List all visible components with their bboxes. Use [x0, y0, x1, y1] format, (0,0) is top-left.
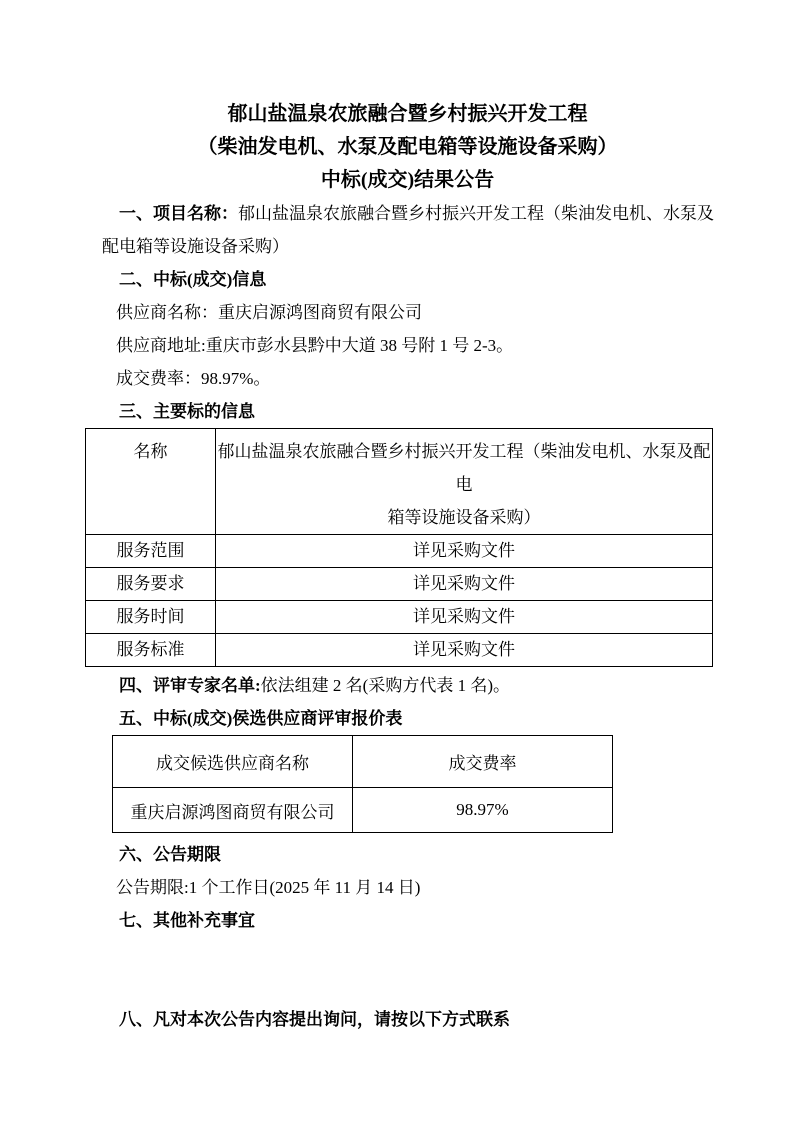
- announcement-period-line: 公告期限:1 个工作日(2025 年 11 月 14 日): [102, 871, 713, 904]
- main-table-value-name-line1: 郁山盐温泉农旅融合暨乡村振兴开发工程（柴油发电机、水泵及配电: [216, 435, 712, 501]
- main-table-label-time: 服务时间: [86, 601, 216, 634]
- main-table-value-name-line2: 箱等设施设备采购）: [216, 501, 712, 534]
- section-1-heading: 一、项目名称：: [119, 204, 238, 223]
- table-row: 名称 郁山盐温泉农旅融合暨乡村振兴开发工程（柴油发电机、水泵及配电 箱等设施设备…: [86, 429, 713, 535]
- section-6-heading: 六、公告期限: [102, 838, 713, 871]
- main-table-value-name: 郁山盐温泉农旅融合暨乡村振兴开发工程（柴油发电机、水泵及配电 箱等设施设备采购）: [216, 429, 713, 535]
- quote-table-header-supplier: 成交候选供应商名称: [113, 736, 353, 788]
- table-header-row: 成交候选供应商名称 成交费率: [113, 736, 613, 788]
- spacer: [102, 937, 713, 1003]
- section-2-heading: 二、中标(成交)信息: [102, 263, 713, 296]
- section-7-heading: 七、其他补充事宜: [102, 904, 713, 937]
- quote-table-header-rate: 成交费率: [353, 736, 613, 788]
- table-row: 服务范围 详见采购文件: [86, 535, 713, 568]
- table-row: 服务标准 详见采购文件: [86, 634, 713, 667]
- section-3-heading: 三、主要标的信息: [102, 395, 713, 428]
- doc-title-line-1: 郁山盐温泉农旅融合暨乡村振兴开发工程: [102, 98, 713, 131]
- document-page: 郁山盐温泉农旅融合暨乡村振兴开发工程 （柴油发电机、水泵及配电箱等设施设备采购）…: [0, 0, 793, 1122]
- section-4-body: 依法组建 2 名(采购方代表 1 名)。: [261, 676, 510, 695]
- main-table-value-standard: 详见采购文件: [216, 634, 713, 667]
- table-row: 服务时间 详见采购文件: [86, 601, 713, 634]
- section-8-heading: 八、凡对本次公告内容提出询问，请按以下方式联系: [102, 1003, 713, 1036]
- quote-table-rate: 98.97%: [353, 788, 613, 833]
- section-1-project-name-part2: 配电箱等设施设备采购）: [102, 230, 713, 263]
- doc-title-line-2: （柴油发电机、水泵及配电箱等设施设备采购）: [102, 131, 713, 164]
- section-5-heading: 五、中标(成交)侯选供应商评审报价表: [102, 702, 713, 735]
- document-content: 郁山盐温泉农旅融合暨乡村振兴开发工程 （柴油发电机、水泵及配电箱等设施设备采购）…: [0, 0, 793, 1036]
- main-table-value-time: 详见采购文件: [216, 601, 713, 634]
- table-row: 服务要求 详见采购文件: [86, 568, 713, 601]
- candidate-quote-table: 成交候选供应商名称 成交费率 重庆启源鸿图商贸有限公司 98.97%: [112, 735, 613, 833]
- main-bid-info-table: 名称 郁山盐温泉农旅融合暨乡村振兴开发工程（柴油发电机、水泵及配电 箱等设施设备…: [85, 428, 713, 667]
- main-table-label-name: 名称: [86, 429, 216, 535]
- doc-title-line-3: 中标(成交)结果公告: [102, 164, 713, 197]
- main-table-label-requirement: 服务要求: [86, 568, 216, 601]
- section-4-line: 四、评审专家名单:依法组建 2 名(采购方代表 1 名)。: [102, 669, 713, 702]
- main-table-value-scope: 详见采购文件: [216, 535, 713, 568]
- quote-table-supplier: 重庆启源鸿图商贸有限公司: [113, 788, 353, 833]
- supplier-name-line: 供应商名称：重庆启源鸿图商贸有限公司: [102, 296, 713, 329]
- main-table-label-scope: 服务范围: [86, 535, 216, 568]
- section-1-project-name-part1: 郁山盐温泉农旅融合暨乡村振兴开发工程（柴油发电机、水泵及: [238, 204, 714, 223]
- section-1-line-1: 一、项目名称：郁山盐温泉农旅融合暨乡村振兴开发工程（柴油发电机、水泵及: [102, 197, 713, 230]
- main-table-label-standard: 服务标准: [86, 634, 216, 667]
- main-table-value-requirement: 详见采购文件: [216, 568, 713, 601]
- supplier-address-line: 供应商地址:重庆市彭水县黔中大道 38 号附 1 号 2-3。: [102, 329, 713, 362]
- table-row: 重庆启源鸿图商贸有限公司 98.97%: [113, 788, 613, 833]
- deal-rate-line: 成交费率：98.97%。: [102, 362, 713, 395]
- section-4-heading: 四、评审专家名单:: [119, 676, 261, 695]
